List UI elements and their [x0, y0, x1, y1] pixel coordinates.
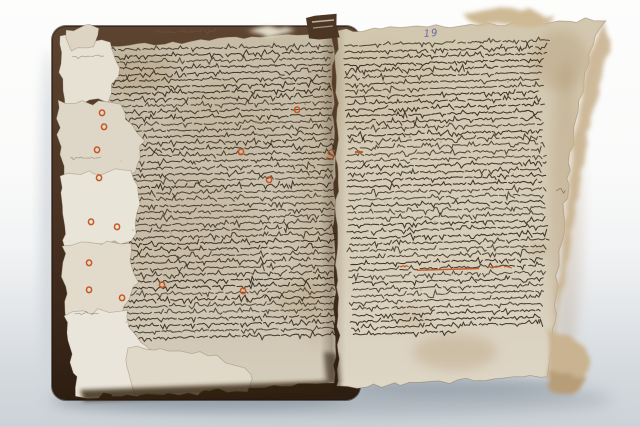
manuscript-photo: S 19 [0, 0, 640, 427]
right-page [320, 18, 606, 389]
book-photo: S 19 [0, 0, 640, 427]
folio-number: 19 [423, 28, 439, 40]
spine-notch [306, 14, 340, 40]
